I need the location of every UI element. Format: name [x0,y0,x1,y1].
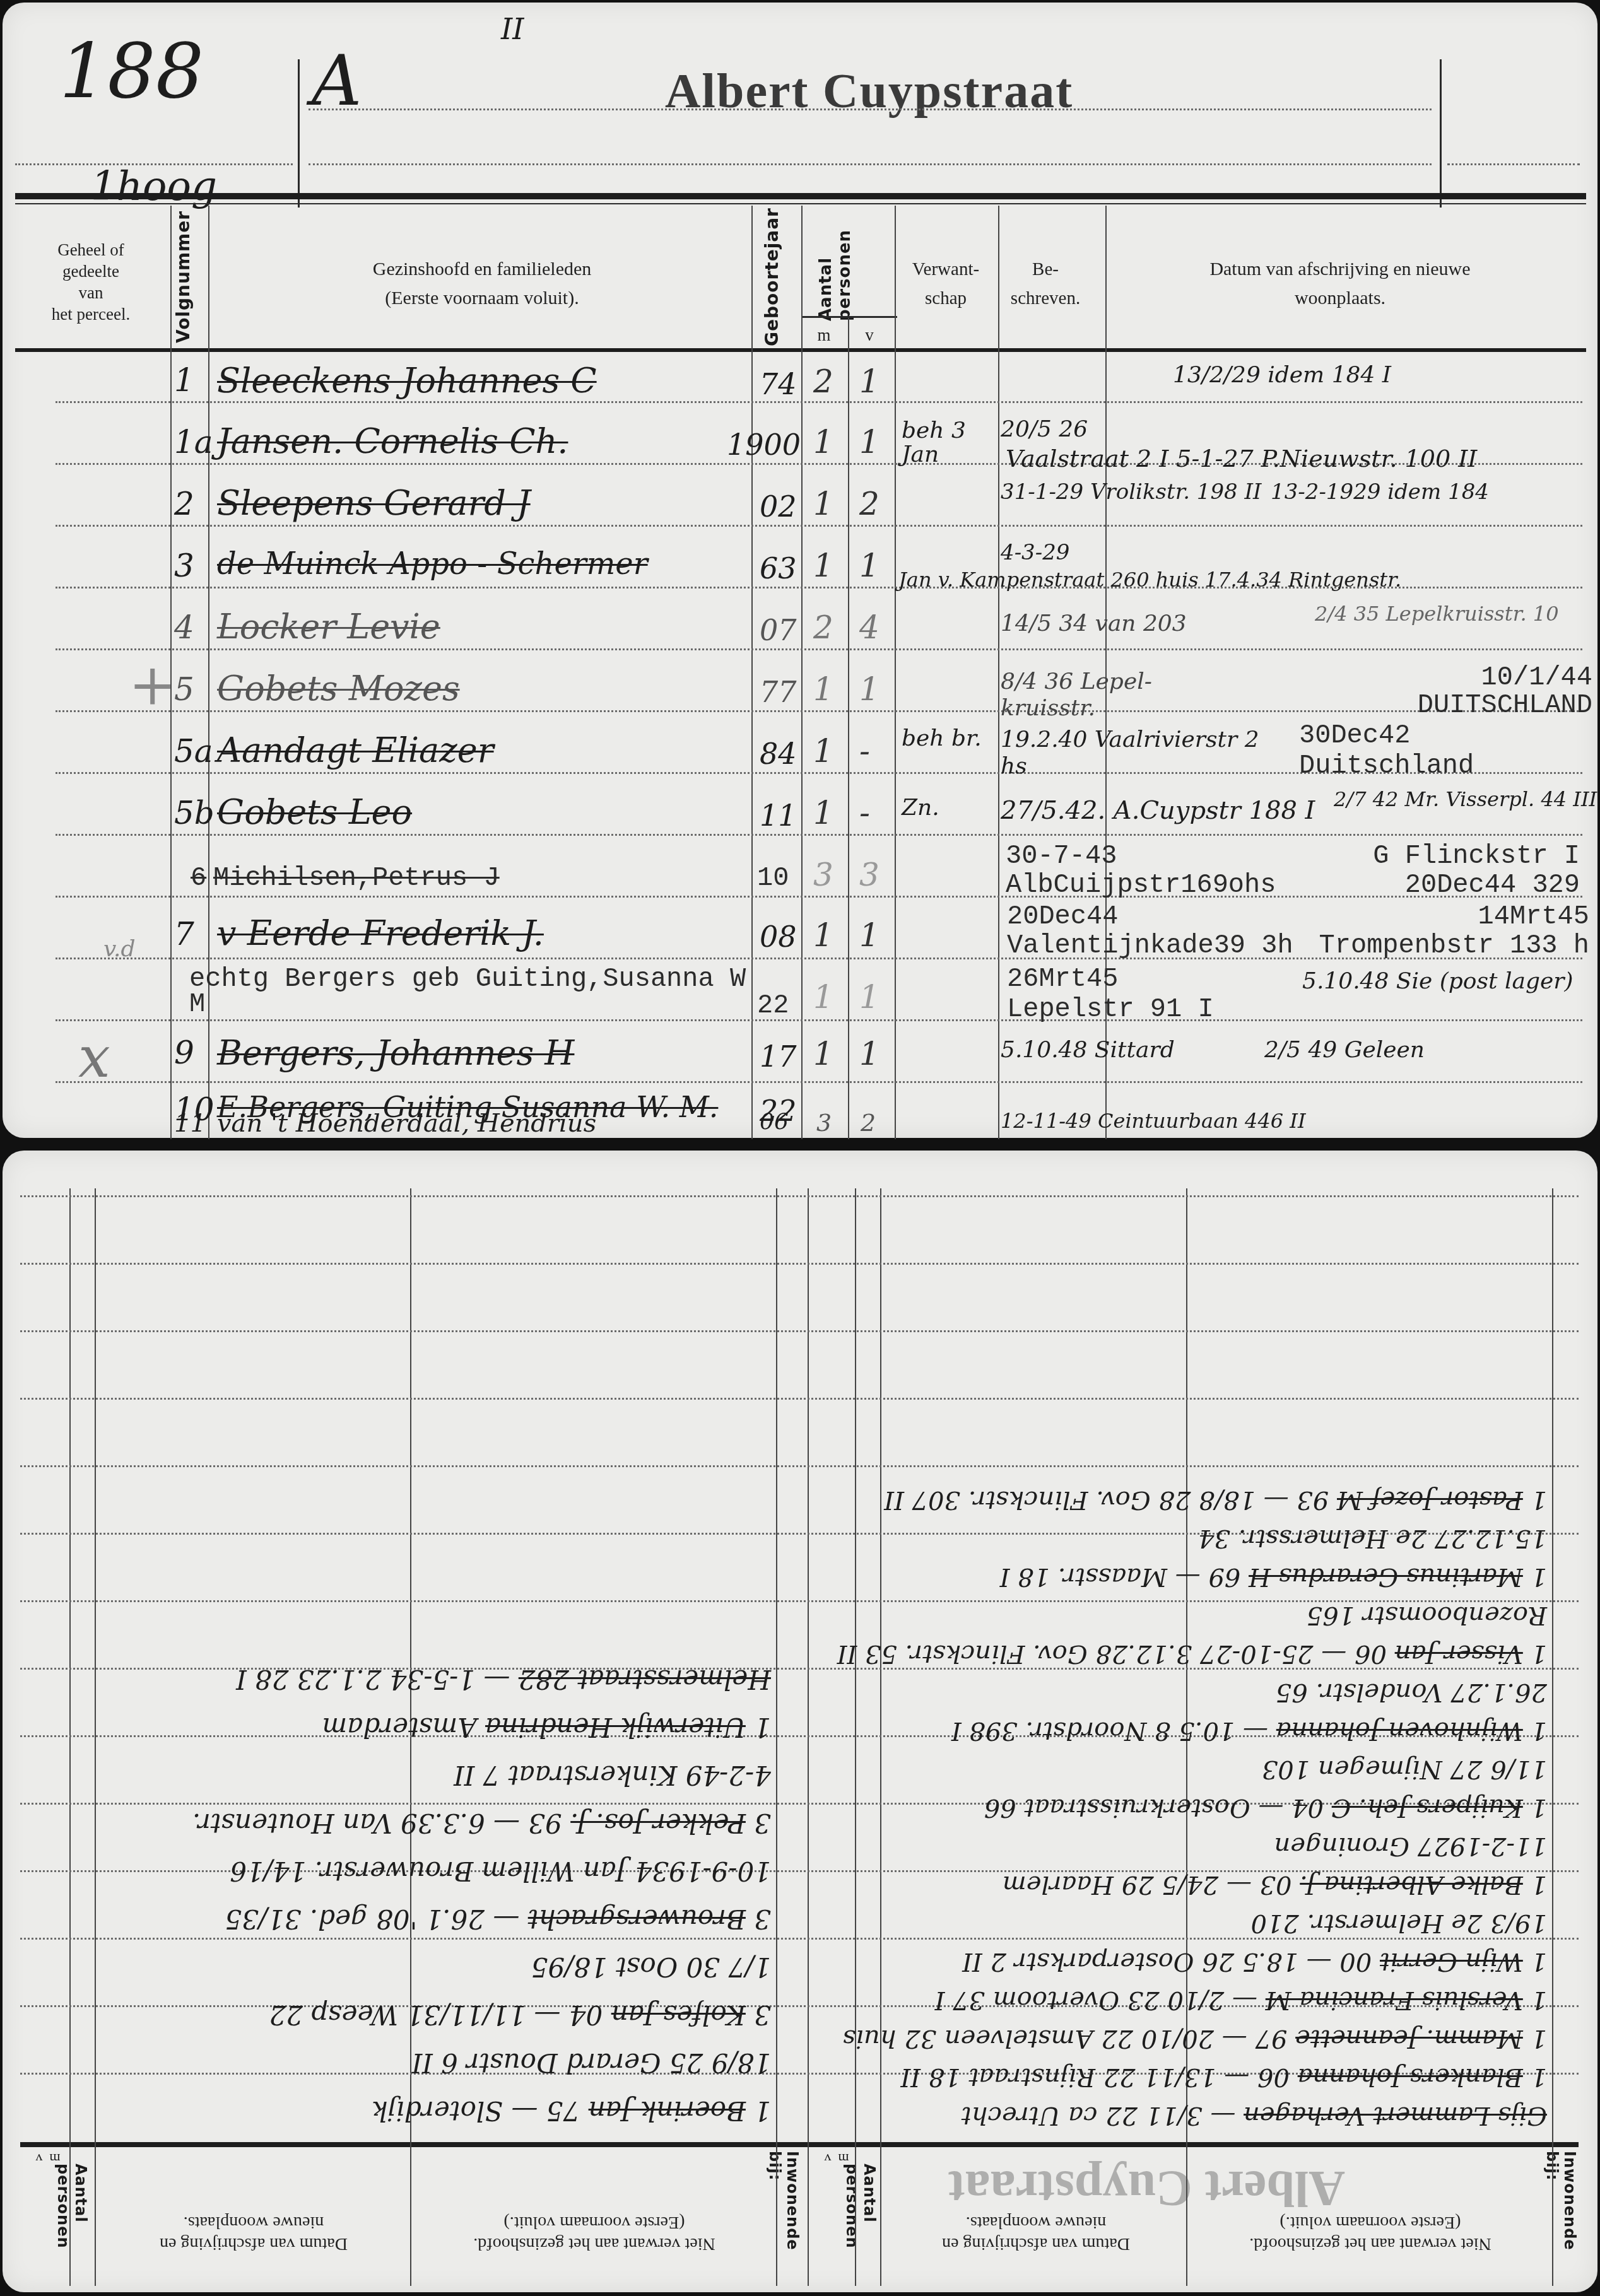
upside-down-content: Inwonende bij: Niet verwant aan het gezi… [3,1151,1597,2292]
title-underline [309,108,1432,110]
header-divider-right [1440,59,1442,208]
row-name: echtg Bergers geb Guiting,Susanna W M [189,966,757,1017]
row-year: 77 [760,675,797,709]
back-entry: 1 Kuijpers Jeh. C 04 — Oosterkruisstraat… [809,1788,1547,1827]
back-entry: 1 Pastor Jozef M 93 — 18/8 28 Gov. Flinc… [809,1480,1547,1519]
back-entry: 3 Kolfes Jan 04 — 11/11/31 Weesp 22 [26,1991,771,2039]
row-year: 06 [760,1109,789,1135]
back-row-line [20,1330,1579,1332]
row-m: 3 [813,857,833,893]
back-header-niet-verwant: Niet verwant aan het gezinshoofd. (Eerst… [1194,2211,1547,2254]
row-described: 4-3-29 [1001,540,1070,565]
row-departure: 30Dec42 Duitschland [1299,720,1551,781]
back-entry: 26.1.27 Vondelstr. 65 [809,1673,1547,1711]
back-header-inwonende-left: Inwonende bij: [766,2151,801,2277]
row-m: 2 [813,363,833,400]
row-described: 20/5 26 [1001,416,1088,442]
margin-note: v.d [103,936,136,962]
row-m: 1 [813,486,833,522]
back-entry: 1 Wijnhoven Johanna — 10.5 8 Noordstr. 3… [809,1711,1547,1750]
registration-card-front: 188 1hoog A II Albert Cuypstraat Geheel … [3,3,1597,1138]
row-described: 14/5 34 van 203 [1001,611,1187,636]
row-v: - [859,733,870,770]
table-row: 1 Sleeckens Johannes C 74 2 1 13/2/29 id… [3,356,1597,418]
table-row: 2 Sleepens Gerard J 02 1 2 31-1-29 Vroli… [3,478,1597,540]
back-entry: Rozenboomstr 165 [809,1596,1547,1634]
back-entry: 1/7 30 Oost 18/95 [26,1943,771,1991]
back-header-niet-verwant-left: Niet verwant aan het gezinshoofd. (Eerst… [418,2211,771,2254]
row-name: Jansen. Cornelis Ch. [217,421,568,461]
row-described: 31-1-29 Vrolikstr. 198 II [1001,479,1261,505]
column-header-rule [15,348,1586,352]
back-header-datum: Datum van afschrijving en nieuwe woonpla… [891,2211,1181,2254]
margin-cross-mark: x [78,1024,110,1091]
back-right-entries: Gijs Lammert Verhagen — 3/11 22 ca Utrec… [809,1480,1547,2135]
row-departure: 2/5 49 Geleen [1264,1037,1425,1063]
row-seq: 9 [174,1034,194,1071]
row-departure: G Flinckstr I 20Dec44 329 [1290,841,1580,899]
row-seq: 5 [174,671,194,708]
row-v: 2 [859,486,879,522]
back-entry: 1 Wijn Gerrit 00 — 18.5 26 Oosterparkstr… [809,1942,1547,1981]
row-year: 74 [760,367,797,401]
back-entry: Gijs Lammert Verhagen — 3/11 22 ca Utrec… [809,2096,1547,2135]
row-described: 19.2.40 Vaalrivierstr 2 hs [1001,727,1266,780]
row-year: 1900 [727,428,801,462]
back-row-line [20,1195,1579,1197]
row-year: 22 [757,990,789,1021]
row-departure: 10/1/44 DUITSCHLAND [1296,664,1592,719]
back-header-inwonende: Inwonende bij: [1543,2151,1579,2277]
floor-underline-left [15,163,293,165]
back-header-v: v [818,2148,837,2169]
back-entry: 1 Martinus Gerardus H 69 — Maasstr. 18 I [809,1557,1547,1596]
margin-cross-mark: + [129,652,176,718]
row-m: 1 [813,1036,833,1072]
row-name: Gobets Leo [217,792,412,832]
column-header-aantal-personen: Aantal personen [816,220,854,321]
row-departure: Jan v. Kampenstraat 260 huis 17.4.34 Rin… [898,568,1401,592]
watermark-street: Albert Cuypstraat [948,2159,1345,2217]
house-number: 188 [59,28,204,115]
back-entry: 1 Mamm. Jeannette 97 — 20/10 22 Amstelve… [809,2019,1547,2058]
back-entry: 1 Uiterwijk Hendrina Amsterdam [26,1703,771,1751]
row-described: 26Mrt45 Lepelstr 91 I [1007,964,1259,1024]
back-row-line [20,1263,1579,1265]
table-row: 5b Gobets Leo 11 1 - Zn. 27/5.42. A.Cuyp… [3,787,1597,849]
row-m: 1 [813,733,833,770]
back-entry: 11-2-1927 Groningen [809,1827,1547,1865]
row-departure: 13/2/29 idem 184 I [1173,362,1391,388]
row-v: 1 [859,1036,879,1072]
aantal-divider [803,316,897,318]
back-row-line [20,1465,1579,1467]
row-described: 8/4 36 Lepel- kruisstr. [1001,669,1253,722]
back-entry: 1 Boerink Jan 75 — Sloterdijk [26,2087,771,2135]
table-row: 3 de Muinck Appo - Schermer 63 1 1 4-3-2… [3,540,1597,602]
row-m: 2 [813,609,833,646]
back-header-datum-left: Datum van afschrijving en nieuwe woonpla… [109,2211,399,2254]
row-m: 1 [813,795,833,831]
column-header-v: v [848,324,891,346]
row-name: van 't Hoenderdaal, Hendrius [217,1109,596,1138]
row-seq: 2 [174,486,194,522]
row-described: 12-11-49 Ceintuurbaan 446 II [1001,1109,1306,1133]
back-entry: 15.12.27 2e Helmersstr. 34 [809,1519,1547,1557]
row-m: 1 [813,671,833,708]
row-seq: 7 [174,916,194,952]
row-seq: 6 [191,863,206,893]
back-entry: 18/9 25 Gerard Doustr 6 II [26,2039,771,2087]
back-entry: 1 Blankers Johanna 06 — 13/11 22 Rijnstr… [809,2058,1547,2096]
back-header-v-left: v [30,2148,49,2169]
row-seq: 1a [174,424,213,460]
row-seq: 5a [174,733,213,770]
registration-card-back: Inwonende bij: Niet verwant aan het gezi… [3,1151,1597,2292]
back-col-line [776,1188,777,2286]
section-roman-numeral: II [501,12,524,46]
back-entry: Helmersstraat 282 — 1-5-34 2.1.23 28 I [26,1655,771,1703]
back-col-line [1552,1188,1553,2286]
column-header-gezinshoofd: Gezinshoofd en familieleden (Eerste voor… [211,255,753,313]
street-name-title: Albert Cuypstraat [665,62,1073,119]
column-header-beschreven: Be- schreven. [998,255,1093,313]
row-name: Aandagt Eliazer [217,730,494,770]
row-year: 84 [760,737,797,771]
table-row: 4 Locker Levie 07 2 4 14/5 34 van 203 2/… [3,602,1597,664]
row-v: 4 [859,609,879,646]
row-year: 02 [760,489,797,524]
row-departure-note: 2/4 35 Lepelkruisstr. 10 [1315,602,1558,626]
back-header-aantal: Aantal personen [843,2164,878,2277]
back-entry: 3 Pekker Jos. J. 93 — 6.3.39 Van Houtens… [26,1799,771,1847]
row-year: 10 [757,863,789,893]
row-m: 3 [816,1109,832,1137]
row-name: de Muinck Appo - Schermer [217,546,648,582]
back-entry: 3 Brouwersgracht — 26.1 '08 ged. 31/35 [26,1895,771,1943]
back-entry: 19/3 2e Helmerstr. 210 [809,1904,1547,1942]
row-name: Sleeckens Johannes C [217,361,597,401]
row-seq: 1 [174,362,194,399]
row-year: 17 [760,1040,797,1074]
back-entry: 1 Visser Jan 06 — 25-10-27 3.12.28 Gov. … [809,1634,1547,1673]
row-relation: beh br. [902,727,996,751]
row-v: 1 [859,671,879,708]
column-header-verwantschap: Verwant- schap [898,255,993,313]
row-relation: Zn. [902,795,939,821]
row-described: 20Dec44 Valentijnkade39 3h [1007,902,1335,960]
back-entry: 4-2-49 Kinkerstraat 7 II [26,1751,771,1799]
row-relation: beh 3 Jan [902,419,996,467]
column-header-geboortejaar: Geboortejaar [762,220,782,346]
header-rule-thin [15,203,1586,204]
row-name: Sleepens Gerard J [217,483,531,523]
row-v: - [859,795,870,831]
row-year: 08 [760,920,797,954]
row-m: 1 [813,424,833,460]
row-v: 1 [859,979,879,1016]
back-entry: 11/6 27 Nijmegen 103 [809,1750,1547,1788]
back-header-aantal-left: Aantal personen [54,2164,90,2277]
header-right-underline [1447,163,1580,165]
row-name: Bergers, Johannes H [217,1033,574,1073]
back-entry: 1 Versluis Francina M — 2/10 23 Overtoom… [809,1981,1547,2019]
row-m: 1 [813,979,833,1016]
row-seq: 11 [174,1109,206,1138]
row-year: 11 [760,799,797,833]
table-row: 11 van 't Hoenderdaal, Hendrius 06 3 2 1… [3,1113,1597,1138]
row-v: 2 [861,1109,876,1137]
column-header-afschrijving: Datum van afschrijving en nieuwe woonpla… [1100,255,1580,313]
row-m: 1 [813,917,833,954]
row-described: 30-7-43 AlbCuijpstr169ohs [1006,841,1283,899]
row-v: 1 [859,917,879,954]
row-v: 3 [859,857,879,893]
row-name: Gobets Mozes [217,669,460,708]
table-row: 9 Bergers, Johannes H 17 1 1 5.10.48 Sit… [3,1028,1597,1090]
row-name: Michilsen,Petrus J [213,863,500,893]
row-described: 27/5.42. A.Cuypstr 188 I [1001,796,1315,825]
back-left-entries: 1 Boerink Jan 75 — Sloterdijk 18/9 25 Ge… [26,1655,771,2135]
row-name: Locker Levie [217,607,440,647]
row-seq: 3 [174,548,194,584]
row-seq: 4 [174,609,194,646]
row-year: 07 [760,613,797,647]
header-divider-left [298,59,300,208]
row-v: 1 [859,548,879,584]
table-row: 5a Aandagt Eliazer 84 1 - beh br. 19.2.4… [3,725,1597,787]
row-departure: 2/7 42 Mr. Visserpl. 44 III [1334,787,1597,811]
row-departure: 13-2-1929 idem 184 [1271,479,1489,505]
row-v: 1 [859,363,879,400]
row-described: 5.10.48 Sittard [1001,1037,1175,1063]
table-row: echtg Bergers geb Guiting,Susanna W M 22… [3,973,1597,1034]
row-seq: 5b [174,795,215,831]
table-row: 1a Jansen. Cornelis Ch. 1900 1 1 beh 3 J… [3,416,1597,478]
row-departure: 5.10.48 Sie (post lager) [1302,966,1589,997]
table-row: 5 Gobets Mozes 77 1 1 8/4 36 Lepel- krui… [3,664,1597,725]
back-entry: 1 Balke Albertina J. 03 — 24/5 29 Haarle… [809,1865,1547,1904]
row-departure: 14Mrt45 Trompenbstr 133 h [1302,902,1589,960]
row-v: 1 [859,424,879,460]
row-year: 63 [760,551,797,585]
row-name: v Eerde Frederik J. [217,913,544,953]
column-header-volgnummer: Volgnummer [173,217,194,343]
row-m: 1 [813,548,833,584]
back-header-rule [20,2142,1579,2147]
column-header-perceel: Geheel of gedeelte van het perceel. [15,239,167,325]
back-row-line [20,1398,1579,1400]
row-departure: Vaalstraat 2 I 5-1-27 P.Nieuwstr. 100 II [1006,445,1477,472]
floor-underline [309,163,1432,165]
header-rule [15,193,1586,199]
column-header-m: m [803,324,845,346]
back-entry: 10-9-1934 Jan Willem Brouwerstr. 14/16 [26,1847,771,1895]
